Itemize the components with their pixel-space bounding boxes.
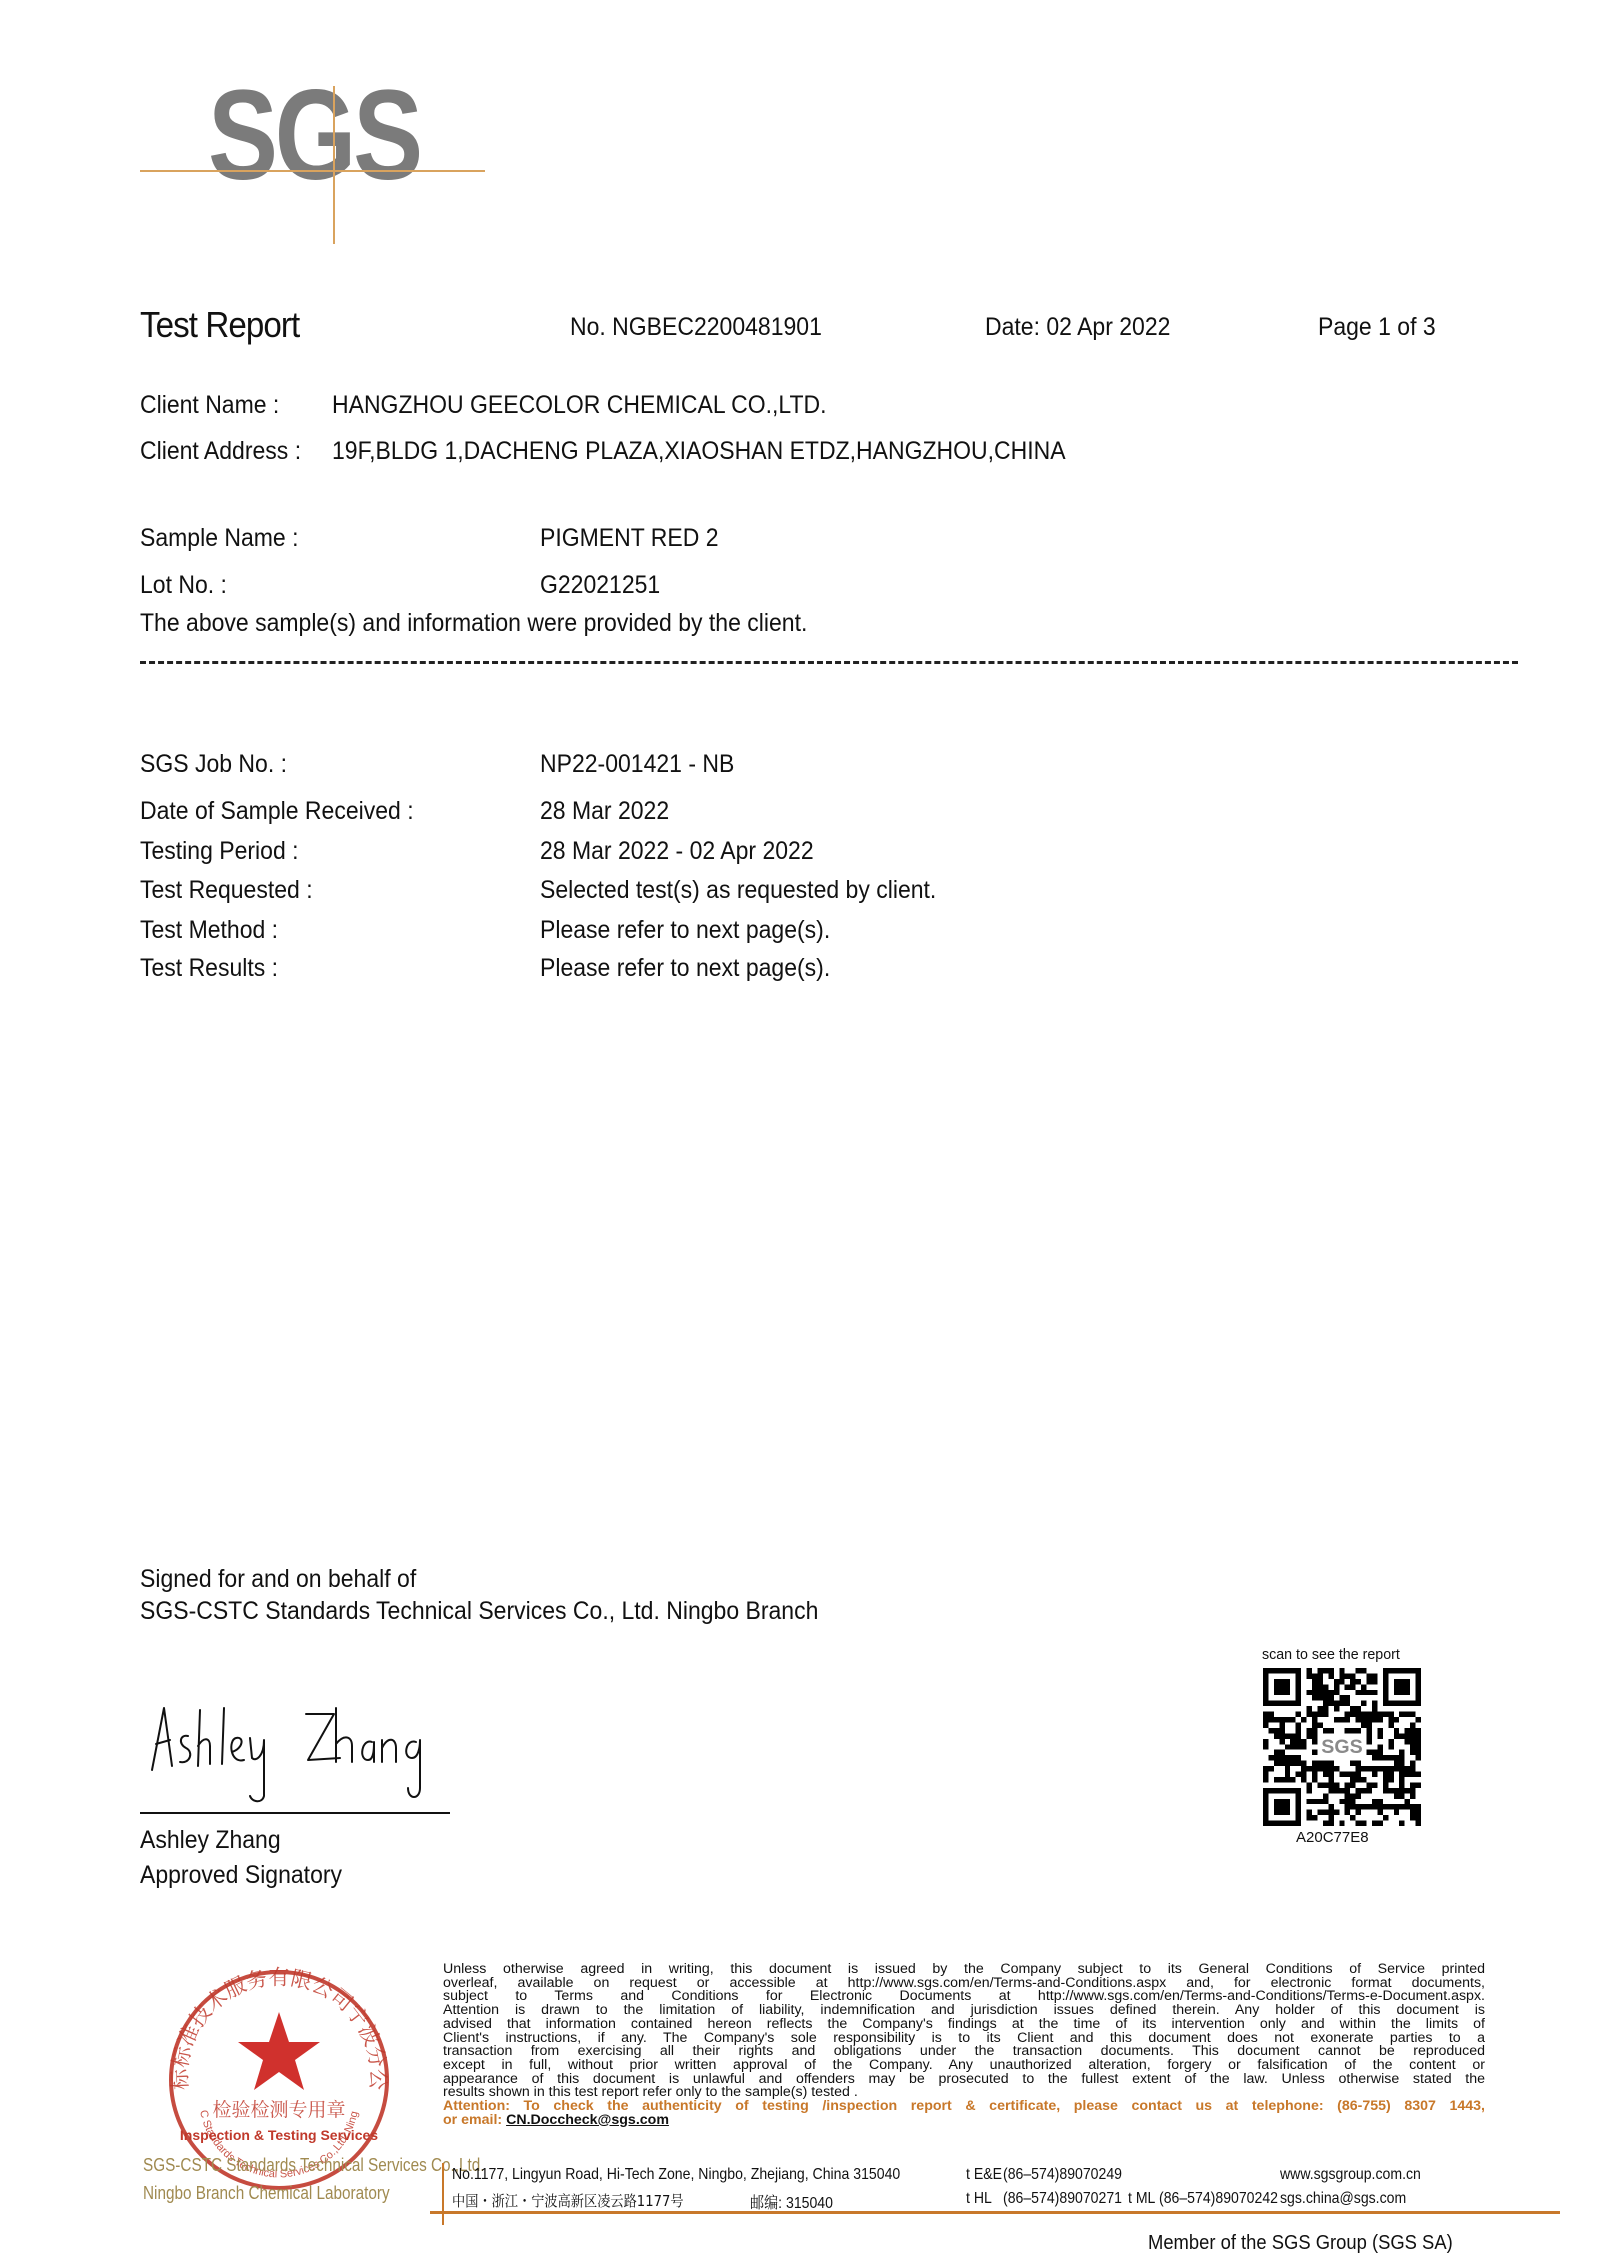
qr-caption: scan to see the report <box>1262 1646 1400 1663</box>
footer-website-link[interactable]: www.sgsgroup.com.cn <box>1280 2166 1421 2184</box>
lab-name-line1: SGS-CSTC Standards Technical Services Co… <box>143 2155 485 2176</box>
tel-ml-number: (86–574)89070242 <box>1159 2190 1278 2208</box>
client-name-label: Client Name : <box>140 391 279 420</box>
tel-hl-number: (86–574)89070271 <box>1003 2190 1122 2208</box>
logo-text: SGS <box>208 72 420 200</box>
authenticity-email-line: or email: CN.Doccheck@sgs.com <box>443 2114 1485 2128</box>
footer-email-link[interactable]: sgs.china@sgs.com <box>1280 2190 1406 2208</box>
lot-no-value: G22021251 <box>540 571 660 600</box>
job-row-value: 28 Mar 2022 - 02 Apr 2022 <box>540 837 814 866</box>
job-row-value: 28 Mar 2022 <box>540 797 669 826</box>
page-indicator: Page 1 of 3 <box>1318 313 1436 342</box>
logo-horizontal-rule <box>140 170 485 172</box>
footer-vertical-rule <box>442 2163 444 2225</box>
report-title: Test Report <box>140 304 299 346</box>
tel-ee-label: t E&E <box>966 2166 1002 2184</box>
job-row-label: Testing Period : <box>140 837 299 866</box>
tel-hl-label: t HL <box>966 2190 992 2208</box>
report-date: Date: 02 Apr 2022 <box>985 313 1170 342</box>
signatory-title: Approved Signatory <box>140 1861 342 1890</box>
job-row-label: Test Method : <box>140 916 278 945</box>
svg-text:SGS: SGS <box>1321 1736 1362 1758</box>
signing-company: SGS-CSTC Standards Technical Services Co… <box>140 1597 818 1626</box>
sample-name-value: PIGMENT RED 2 <box>540 524 719 553</box>
signature-line <box>140 1812 450 1814</box>
job-row-label: Test Requested : <box>140 876 313 905</box>
lab-name-line2: Ningbo Branch Chemical Laboratory <box>143 2183 390 2204</box>
doccheck-email-link[interactable]: CN.Doccheck@sgs.com <box>506 2112 669 2128</box>
qr-verification-code: A20C77E8 <box>1296 1829 1369 1846</box>
signatory-name: Ashley Zhang <box>140 1826 281 1855</box>
client-address-label: Client Address : <box>140 437 301 466</box>
legal-disclaimer: Unless otherwise agreed in writing, this… <box>443 1963 1485 2127</box>
signed-on-behalf-line: Signed for and on behalf of <box>140 1565 416 1594</box>
client-address-value: 19F,BLDG 1,DACHENG PLAZA,XIAOSHAN ETDZ,H… <box>332 437 1066 466</box>
footer-postcode: 邮编: 315040 <box>750 2190 833 2213</box>
client-name-value: HANGZHOU GEECOLOR CHEMICAL CO.,LTD. <box>332 391 827 420</box>
report-number: No. NGBEC2200481901 <box>570 313 822 342</box>
section-divider <box>140 661 1518 664</box>
tel-ee-number: (86–574)89070249 <box>1003 2166 1122 2184</box>
tel-ml-label: t ML <box>1128 2190 1155 2208</box>
job-row-label: Date of Sample Received : <box>140 797 414 826</box>
job-row-value: Please refer to next page(s). <box>540 916 830 945</box>
footer-horizontal-rule <box>430 2211 1560 2214</box>
handwritten-signature <box>140 1700 440 1810</box>
job-row-value: Selected test(s) as requested by client. <box>540 876 936 905</box>
sgs-logo: SGS <box>140 50 485 220</box>
sample-provided-note: The above sample(s) and information were… <box>140 609 807 638</box>
lot-no-label: Lot No. : <box>140 571 227 600</box>
svg-text:检验检测专用章: 检验检测专用章 <box>212 2099 345 2121</box>
sgs-group-membership: Member of the SGS Group (SGS SA) <box>1148 2232 1453 2255</box>
qr-code-icon[interactable]: SGS <box>1262 1668 1422 1826</box>
sample-name-label: Sample Name : <box>140 524 299 553</box>
footer-address-en: No.1177, Lingyun Road, Hi-Tech Zone, Nin… <box>452 2166 900 2184</box>
job-row-label: SGS Job No. : <box>140 750 287 779</box>
job-row-value: NP22-001421 - NB <box>540 750 734 779</box>
footer-address-cn: 中国・浙江・宁波高新区凌云路1177号 <box>452 2190 684 2211</box>
logo-vertical-rule <box>333 86 335 244</box>
job-row-label: Test Results : <box>140 954 278 983</box>
job-row-value: Please refer to next page(s). <box>540 954 830 983</box>
